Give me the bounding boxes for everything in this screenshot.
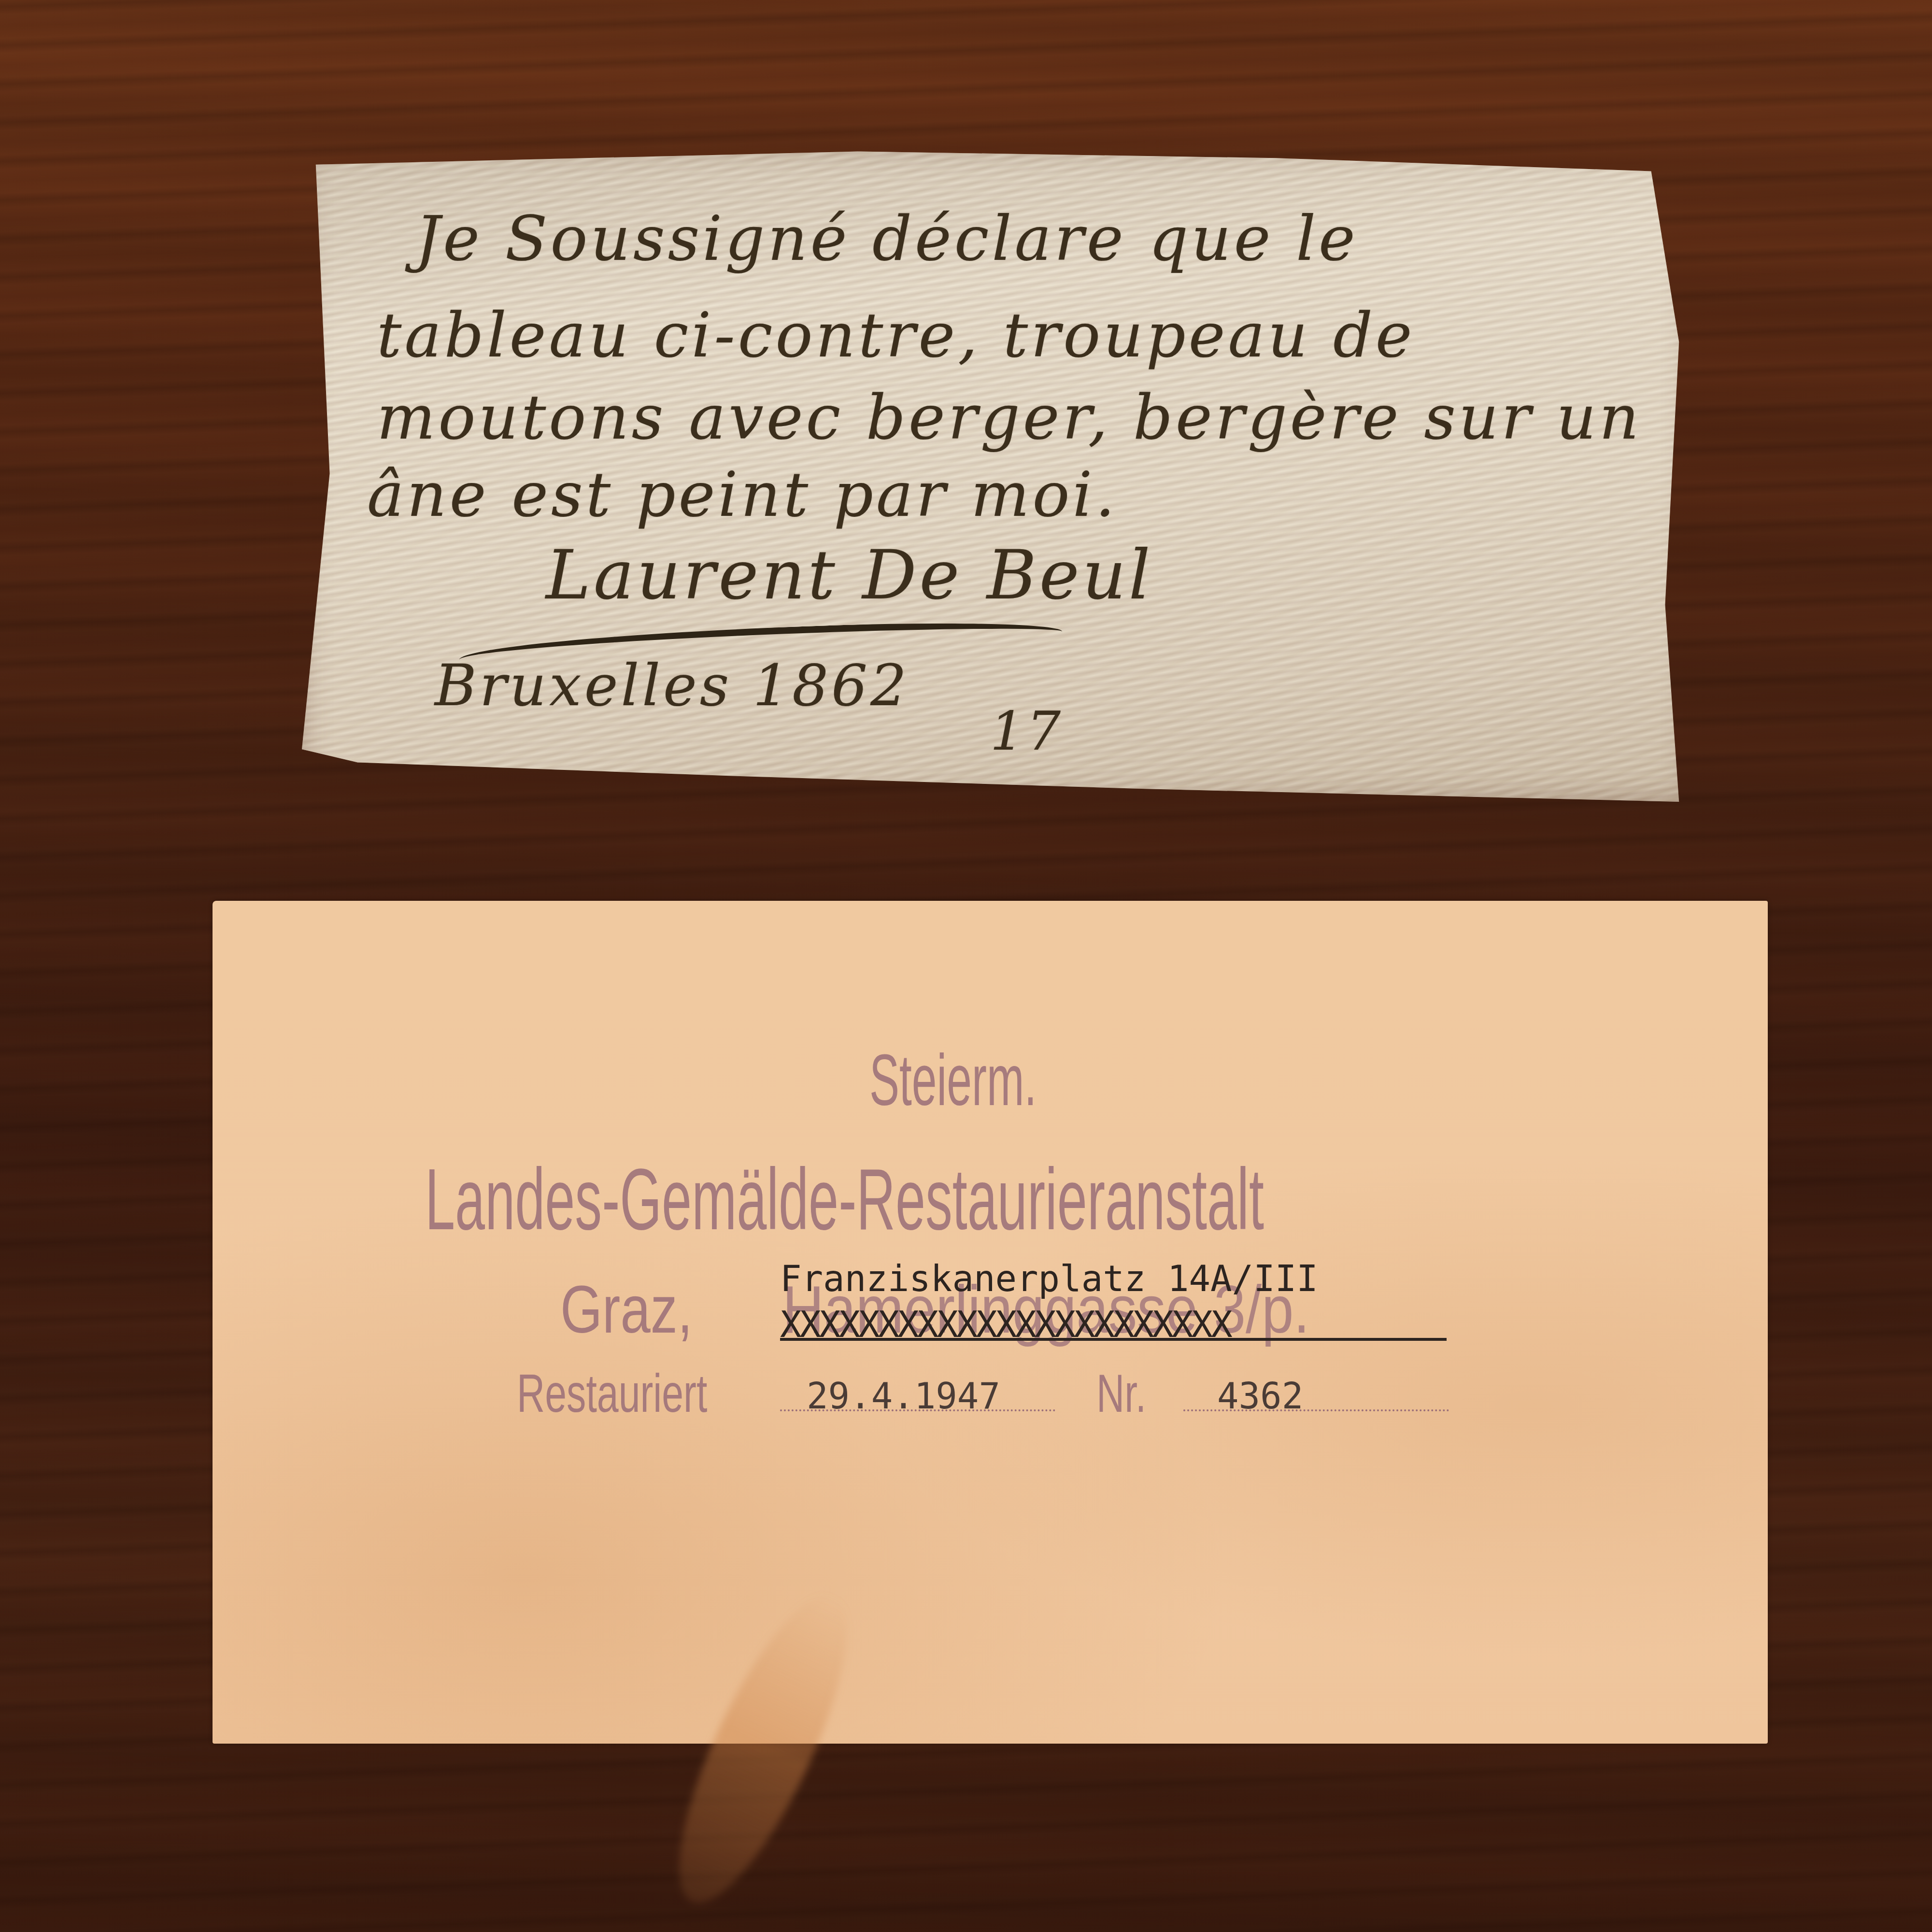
- place-and-date: Bruxelles 1862: [435, 652, 909, 719]
- date-dotted-line: [780, 1409, 1055, 1411]
- restored-text: Restauriert: [517, 1363, 707, 1423]
- stamp-institution: Landes-Gemälde-Restaurieranstalt: [425, 1150, 1264, 1250]
- strikeout-line: [780, 1338, 1447, 1341]
- stamp-region: Steierm.: [869, 1038, 1037, 1122]
- inscription-number: 17: [990, 700, 1064, 762]
- stamp-number-label: Nr.: [1096, 1362, 1146, 1424]
- number-dotted-line: [1183, 1409, 1449, 1411]
- inscription-line-2: tableau ci-contre, troupeau de: [377, 299, 1415, 371]
- typed-new-address: Franziskanerplatz 14A/III: [780, 1258, 1318, 1300]
- inscription-line-3: moutons avec berger, bergère sur un: [377, 382, 1642, 454]
- inscription-line-1: Je Soussigné déclare que le: [415, 203, 1358, 275]
- artist-signature: Laurent De Beul: [546, 536, 1153, 615]
- stamp-restored-label: Restauriert: [517, 1362, 707, 1424]
- wood-panel-back: Je Soussigné déclare que le tableau ci-c…: [0, 0, 1932, 1932]
- inscription-line-4: âne est peint par moi.: [367, 459, 1118, 531]
- stamp-city: Graz,: [560, 1270, 693, 1349]
